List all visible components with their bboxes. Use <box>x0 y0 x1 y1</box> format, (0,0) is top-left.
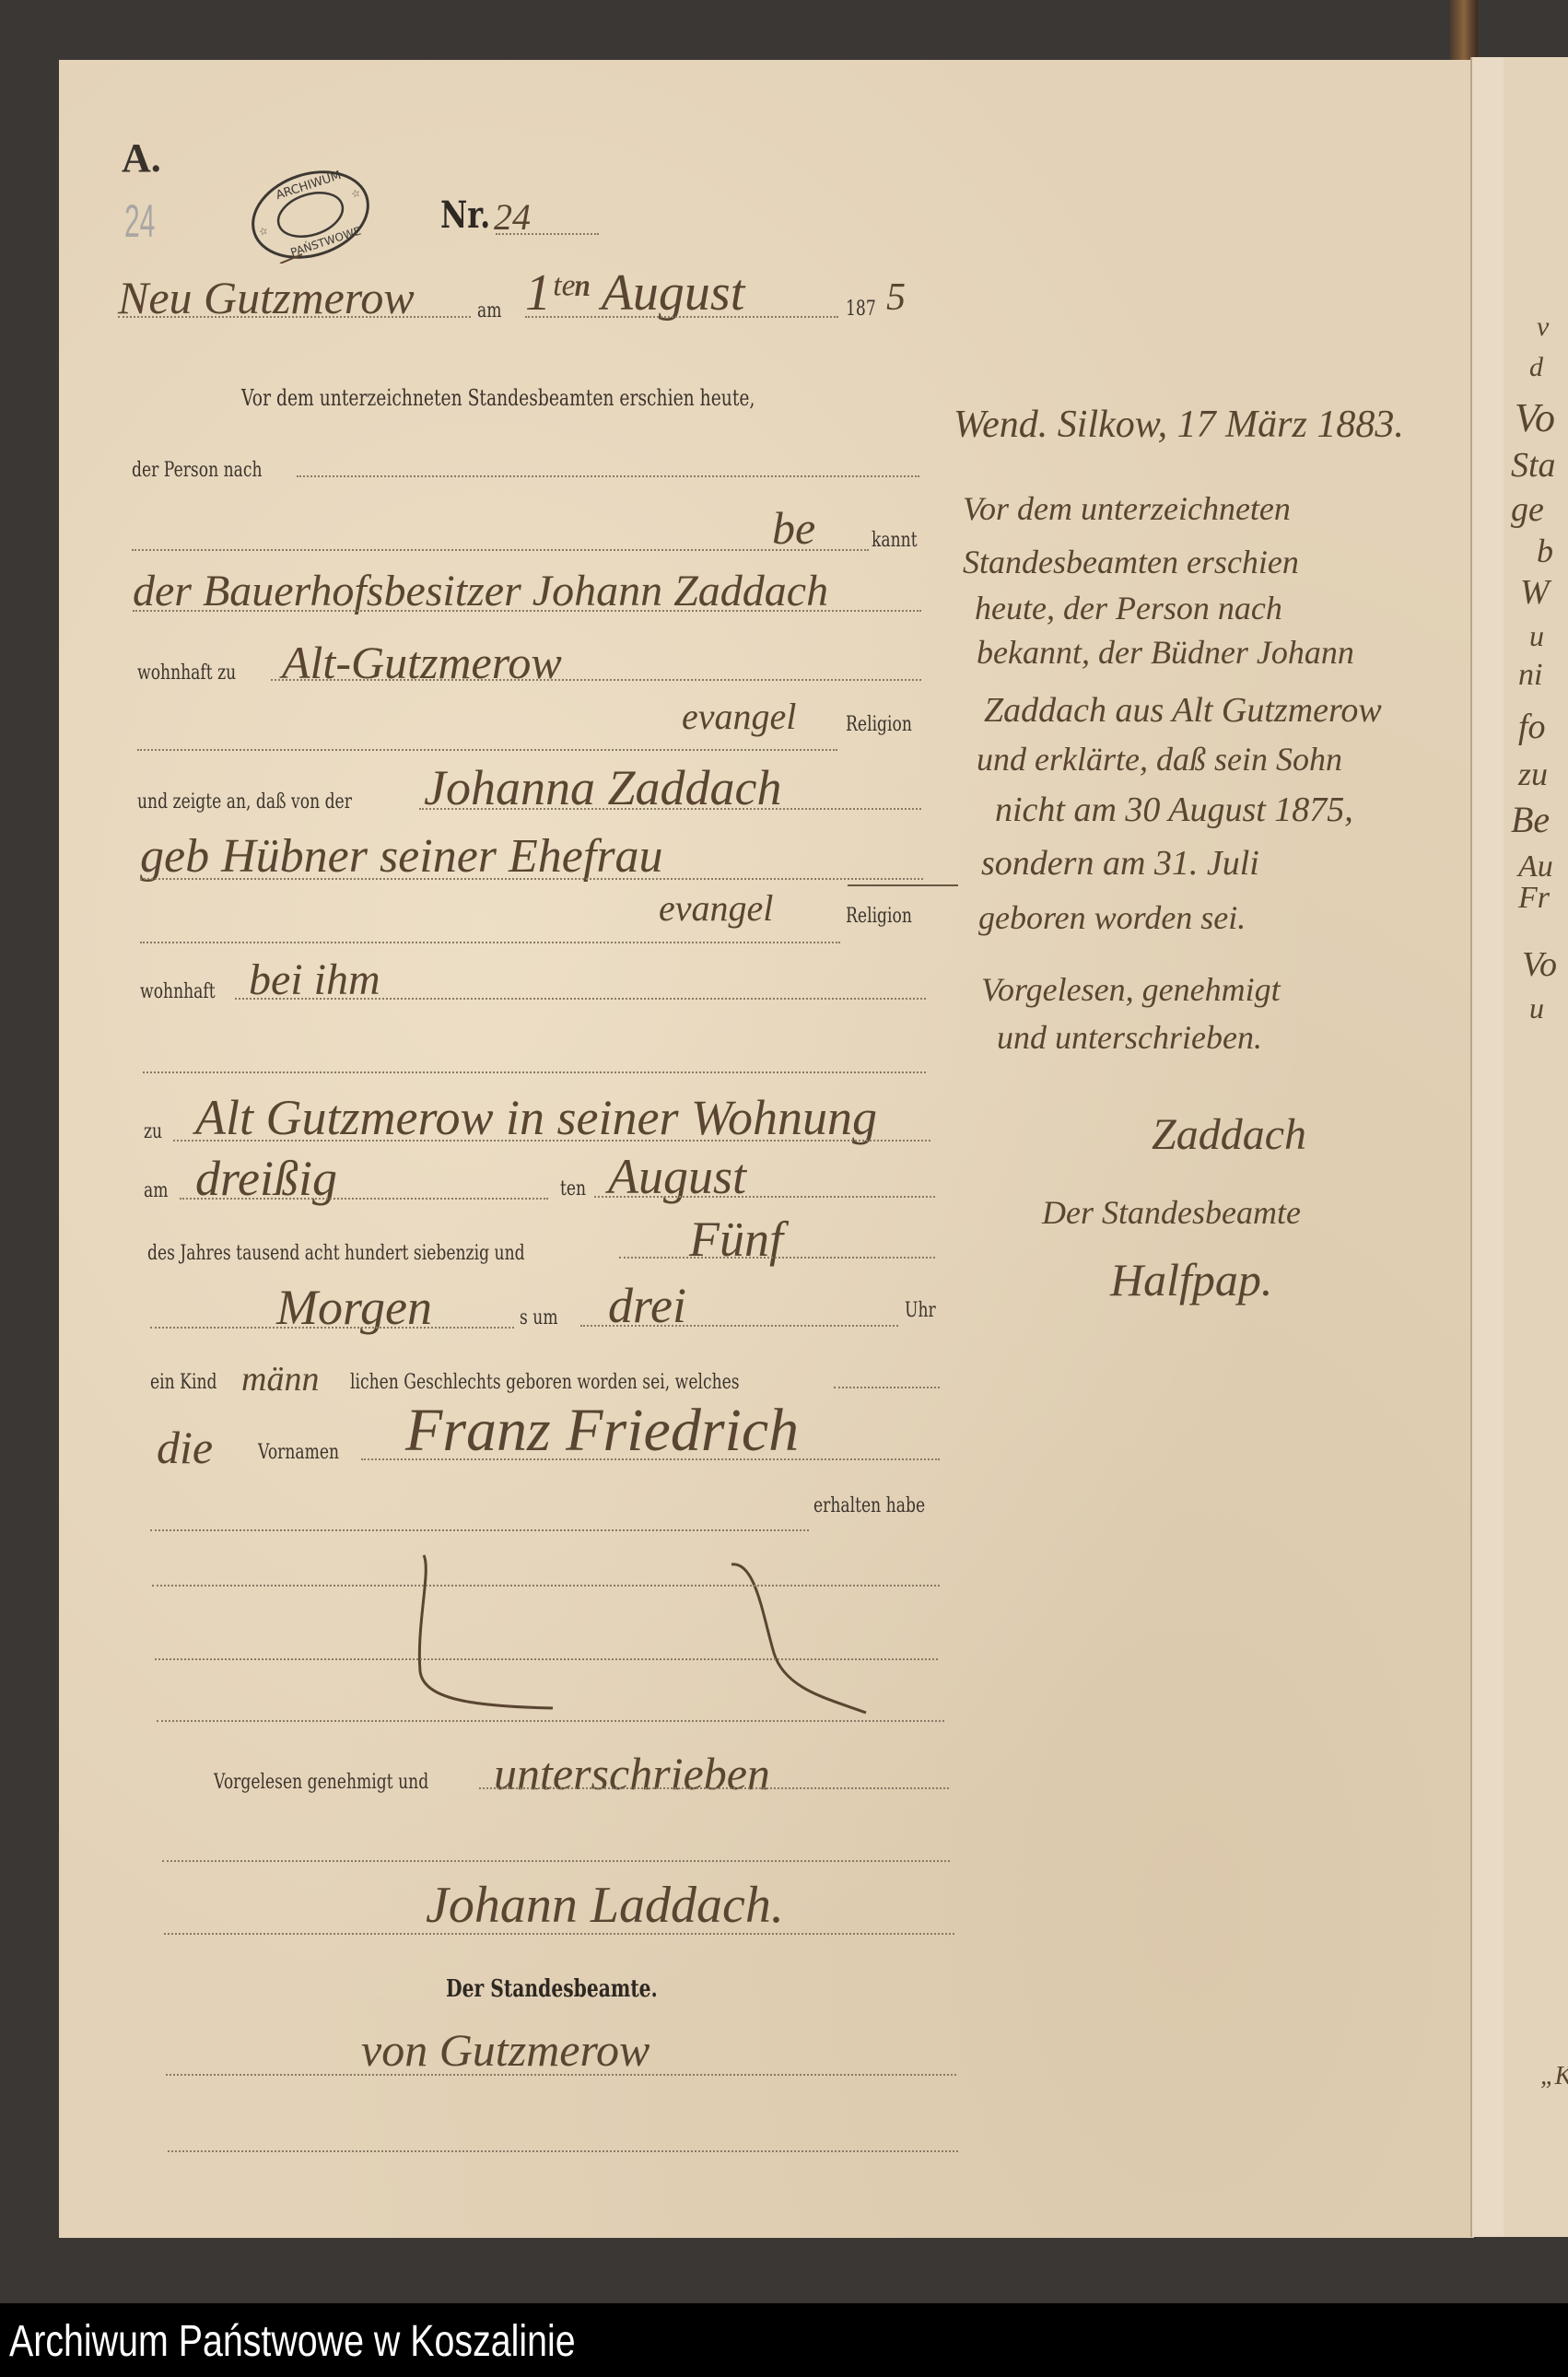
date-field: 1ᵗᵉⁿ August <box>525 267 744 319</box>
flourish-stroke <box>848 884 958 886</box>
margin-registrar-label: Der Standesbeamte <box>1042 1196 1301 1229</box>
next-page-fragment: v <box>1537 313 1549 341</box>
am-label: am <box>477 301 502 322</box>
dotted-line <box>525 316 838 318</box>
dotted-line <box>496 233 599 235</box>
margin-note-line: heute, der Person nach <box>975 591 1282 625</box>
signed-field: unterschrieben <box>494 1751 770 1797</box>
year-label: des Jahres tausend acht hundert siebenzi… <box>147 1244 525 1264</box>
dotted-line <box>143 1071 926 1073</box>
next-page-fragment: Vo <box>1522 947 1557 982</box>
dotted-line <box>166 2074 956 2076</box>
child-label-continued: lichen Geschlechts geboren worden sei, w… <box>350 1373 740 1393</box>
dotted-line <box>419 808 921 810</box>
dotted-line <box>150 1327 514 1329</box>
dotted-line <box>619 1257 935 1259</box>
birthplace-field: Alt Gutzmerow in seiner Wohnung <box>195 1093 877 1142</box>
received-label: erhalten habe <box>813 1496 925 1516</box>
hour-field: drei <box>608 1281 686 1330</box>
cancellation-stroke-left <box>415 1551 571 1713</box>
religion-label: Religion <box>846 715 912 735</box>
next-page-fragment: Fr <box>1518 883 1550 914</box>
intro-text: Vor dem unterzeichneten Standesbeamten e… <box>241 387 755 409</box>
record-number-label: Nr. <box>440 197 490 234</box>
mother-residence-field: bei ihm <box>249 958 380 1002</box>
day-label: am <box>144 1181 169 1201</box>
next-page-fragment: Be <box>1511 802 1550 838</box>
names-prefix: die <box>157 1424 213 1470</box>
margin-note-line: und erklärte, daß sein Sohn <box>977 743 1342 776</box>
next-page-fragment: „K <box>1540 2064 1568 2090</box>
next-page-fragment: Vo <box>1515 398 1555 439</box>
dotted-line <box>157 1720 944 1722</box>
next-page-fragment: fo <box>1518 709 1546 744</box>
form-letter: A. <box>122 138 161 179</box>
dotted-line <box>479 1787 949 1789</box>
next-page-edge <box>1504 57 1568 2237</box>
bekannt-hand: be <box>772 505 815 551</box>
svg-text:☆: ☆ <box>350 187 362 201</box>
margin-note-line: und unterschrieben. <box>997 1021 1262 1054</box>
dotted-line <box>152 1585 940 1587</box>
binding-gutter <box>1470 57 1507 2237</box>
place-field: Neu Gutzmerow <box>118 275 415 321</box>
dotted-line <box>580 1325 898 1327</box>
margin-note-line: geboren worden sei. <box>978 901 1246 934</box>
dotted-line <box>180 1198 548 1200</box>
pencil-number: 24 <box>124 198 155 244</box>
dotted-line <box>132 549 869 551</box>
mother-label: und zeigte an, daß von der <box>137 792 352 813</box>
dotted-line <box>594 1196 935 1198</box>
dotted-line <box>133 610 921 612</box>
next-page-fragment: W <box>1520 575 1550 610</box>
dotted-line <box>118 316 471 318</box>
dotted-line <box>361 1458 940 1460</box>
margin-note-line: bekannt, der Büdner Johann <box>977 636 1354 669</box>
dotted-line <box>155 1658 938 1660</box>
year-prefix: 187 <box>846 299 876 320</box>
day-field: dreißig <box>195 1153 337 1203</box>
archive-footer-text: Archiwum Państwowe w Koszalinie <box>9 2316 576 2368</box>
time-of-day-field: Morgen <box>276 1282 432 1332</box>
margin-note-line: Vor dem unterzeichneten <box>963 492 1291 525</box>
next-page-fragment: d <box>1529 354 1543 381</box>
mother-line2-field: geb Hübner seiner Ehefrau <box>140 833 663 881</box>
person-label: der Person nach <box>132 461 263 481</box>
religion-label: Religion <box>846 907 912 927</box>
ten-label: ten <box>560 1179 586 1200</box>
given-names-field: Franz Friedrich <box>405 1400 799 1461</box>
dotted-line <box>173 1140 930 1142</box>
margin-note-line: Vorgelesen, genehmigt <box>981 973 1281 1006</box>
month-field: August <box>608 1152 746 1201</box>
next-page-fragment: u <box>1529 621 1544 650</box>
svg-text:☆: ☆ <box>258 225 270 239</box>
declarant-signature: Johann Laddach. <box>426 1879 784 1931</box>
s-um-label: s um <box>520 1308 558 1329</box>
residence-label: wohnhaft zu <box>137 663 236 684</box>
next-page-fragment: zu <box>1518 757 1548 790</box>
year-suffix: 5 <box>886 278 906 317</box>
next-page-fragment: Au <box>1518 851 1553 883</box>
child-label: ein Kind <box>150 1373 217 1393</box>
registrar-signature: von Gutzmerow <box>361 2027 649 2073</box>
names-label: Vornamen <box>258 1443 339 1463</box>
next-page-fragment: u <box>1529 993 1544 1023</box>
margin-note-line: nicht am 30 August 1875, <box>995 792 1353 827</box>
religion-field-mother: evangel <box>659 890 773 927</box>
dotted-line <box>162 1860 950 1862</box>
next-page-fragment: ge <box>1511 492 1544 527</box>
dotted-line <box>168 2150 958 2152</box>
next-page-fragment: b <box>1537 534 1553 568</box>
dotted-line <box>271 679 921 681</box>
dotted-line <box>834 1387 940 1388</box>
registrar-label: Der Standesbeamte. <box>446 1977 658 2001</box>
margin-note-line: Zaddach aus Alt Gutzmerow <box>984 693 1382 728</box>
dotted-line <box>137 749 837 751</box>
archive-stamp-icon: ARCHIWUM PAŃSTWOWE ☆ ☆ <box>247 166 374 263</box>
next-page-fragment: ni <box>1518 660 1542 691</box>
dotted-line <box>235 998 926 1000</box>
religion-field-declarant: evangel <box>682 698 796 735</box>
spine-shadow <box>1450 0 1478 64</box>
margin-note-line: Standesbeamten erschien <box>963 545 1299 579</box>
bekannt-label: kannt <box>872 531 918 551</box>
dotted-line <box>150 1529 809 1531</box>
margin-note-line: sondern am 31. Juli <box>981 846 1259 881</box>
read-approved-label: Vorgelesen genehmigt und <box>214 1773 428 1793</box>
dotted-line <box>164 1933 954 1935</box>
next-page-fragment: Sta <box>1511 448 1556 483</box>
mother-field: Johanna Zaddach <box>424 763 781 813</box>
child-sex-field: männ <box>241 1362 319 1397</box>
declarant-field: der Bauerhofsbesitzer Johann Zaddach <box>133 569 828 614</box>
dotted-line <box>140 942 840 943</box>
margin-note-line: Wend. Silkow, 17 März 1883. <box>954 405 1404 444</box>
uhr-label: Uhr <box>905 1301 936 1321</box>
margin-declarant-signature: Zaddach <box>1152 1113 1306 1157</box>
mother-residence-label: wohnhaft <box>140 982 216 1002</box>
birthplace-label: zu <box>144 1122 162 1142</box>
dotted-line <box>297 475 919 477</box>
record-number-value: 24 <box>494 199 531 236</box>
margin-registrar-signature: Halfpap. <box>1110 1257 1272 1303</box>
dotted-line <box>140 878 923 880</box>
